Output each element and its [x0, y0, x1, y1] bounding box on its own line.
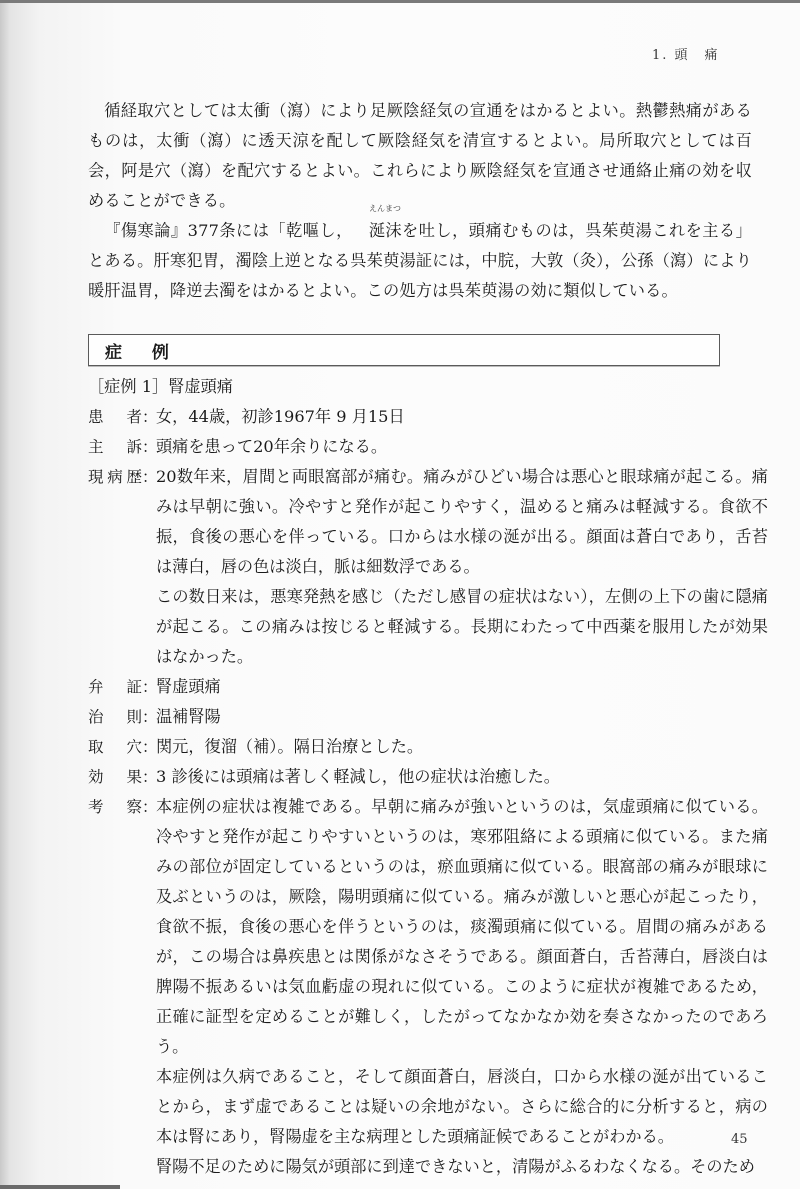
field-label: 考察 — [88, 792, 142, 822]
quote-paragraph: 『傷寒論』377条には「乾嘔し，えんまつ涎沫を吐し，頭痛むものは，呉茱萸湯これを… — [88, 216, 752, 306]
field-treatment-principle: 治則： 温補腎陽 — [88, 702, 768, 732]
field-outcome: 効果： 3 診後には頭痛は著しく軽減し，他の症状は治癒した。 — [88, 762, 768, 792]
field-label: 治則 — [88, 702, 142, 732]
case-title: ［症例 1］腎虚頭痛 — [88, 372, 768, 402]
section-header-box: 症 例 — [88, 334, 720, 366]
field-value: 頭痛を患って20年余りになる。 — [156, 432, 768, 462]
field-acupoints: 取穴： 関元，復溜（補）。隔日治療とした。 — [88, 732, 768, 762]
field-chief-complaint: 主訴： 頭痛を患って20年余りになる。 — [88, 432, 768, 462]
field-label: 患者 — [88, 402, 142, 432]
field-patient: 患者： 女，44歳，初診1967年 9 月15日 — [88, 402, 768, 432]
running-head: 1. 頭 痛 — [652, 44, 720, 63]
case-section: ［症例 1］腎虚頭痛 患者： 女，44歳，初診1967年 9 月15日 主訴： … — [88, 372, 768, 1182]
page-bottom-edge — [0, 1185, 120, 1189]
quote-text-1: 『傷寒論』377条には「乾嘔し， — [104, 221, 353, 240]
section-header: 症 例 — [105, 338, 181, 363]
field-diagnosis: 弁証： 腎虚頭痛 — [88, 672, 768, 702]
field-value: 温補腎陽 — [156, 702, 768, 732]
field-value: 本症例は久病であること，そして顔面蒼白，唇淡白，口から水様の涎が出ていることから… — [156, 1062, 768, 1152]
field-value: 3 診後には頭痛は著しく軽減し，他の症状は治癒した。 — [156, 762, 768, 792]
intro-paragraph: 循経取穴としては太衝（瀉）により足厥陰経気の宣通をはかるとよい。熱鬱熱痛があるも… — [88, 96, 752, 216]
field-value: この数日来は，悪寒発熱を感じ（ただし感冒の症状はない），左側の上下の歯に隠痛が起… — [156, 582, 768, 672]
field-label: 主訴 — [88, 432, 142, 462]
ruby-annotation: えんまつ涎沫 — [353, 216, 402, 246]
field-value: 20数年来，眉間と両眼窩部が痛む。痛みがひどい場合は悪心と眼球痛が起こる。痛みは… — [156, 462, 768, 582]
field-label: 効果 — [88, 762, 142, 792]
ruby-base: 涎沫 — [369, 221, 402, 240]
field-label: 取穴 — [88, 732, 142, 762]
field-value: 本症例の症状は複雑である。早朝に痛みが強いというのは，気虚頭痛に似ている。冷やす… — [156, 792, 768, 1062]
field-discussion: 考察： 本症例の症状は複雑である。早朝に痛みが強いというのは，気虚頭痛に似ている… — [88, 792, 768, 1182]
page-top-edge — [0, 0, 800, 3]
field-value: 女，44歳，初診1967年 9 月15日 — [156, 402, 768, 432]
field-label: 弁証 — [88, 672, 142, 702]
field-present-illness: 現病歴： 20数年来，眉間と両眼窩部が痛む。痛みがひどい場合は悪心と眼球痛が起こ… — [88, 462, 768, 672]
ruby-reading: えんまつ — [353, 204, 401, 214]
field-value: 腎陽不足のために陽気が頭部に到達できないと，清陽がふるわなくなる。そのため — [156, 1152, 768, 1182]
field-value: 関元，復溜（補）。隔日治療とした。 — [156, 732, 768, 762]
field-label: 現病歴 — [88, 462, 142, 492]
page-number: 45 — [731, 1132, 748, 1147]
intro-text: 循経取穴としては太衝（瀉）により足厥陰経気の宣通をはかるとよい。熱鬱熱痛があるも… — [88, 96, 752, 306]
field-value: 腎虚頭痛 — [156, 672, 768, 702]
